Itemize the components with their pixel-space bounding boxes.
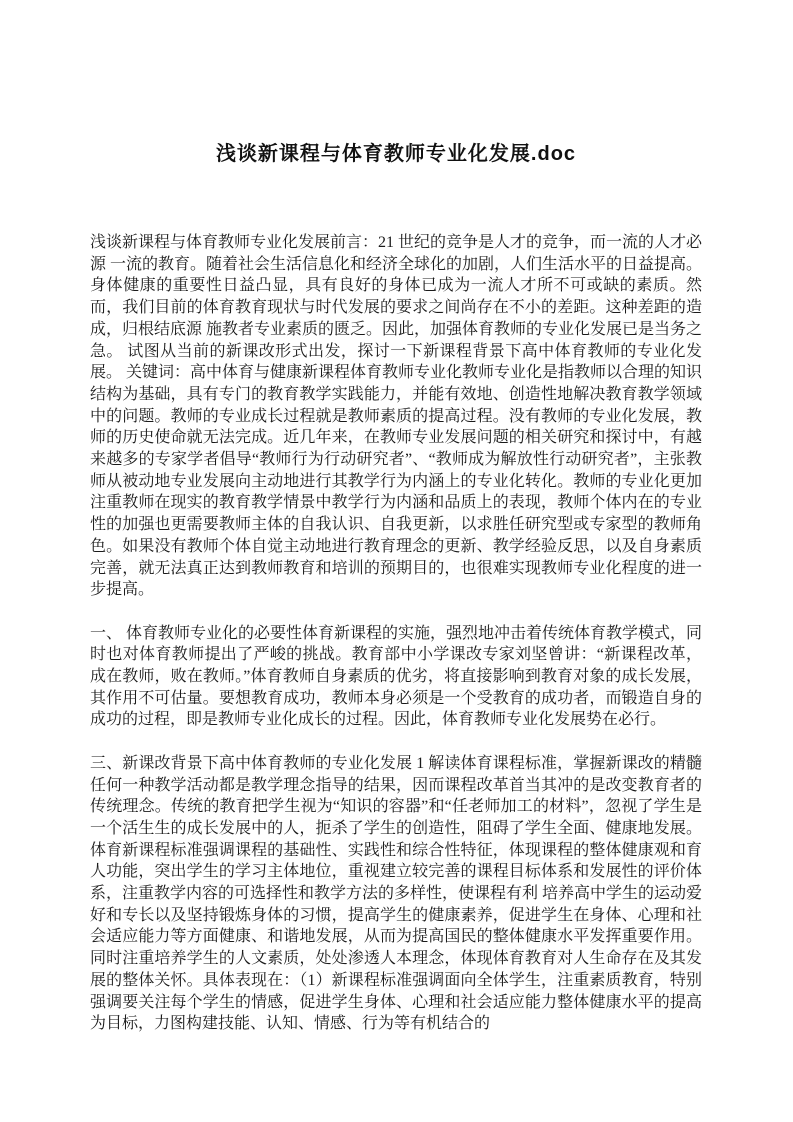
document-title: 浅谈新课程与体育教师专业化发展.doc xyxy=(90,141,702,167)
document-body: 浅谈新课程与体育教师专业化发展前言：21 世纪的竞争是人才的竞争，而一流的人才必… xyxy=(90,232,702,1035)
paragraph-section-three: 三、新课改背景下高中体育教师的专业化发展 1 解读体育课程标准，掌握新课改的精髓… xyxy=(90,753,702,1035)
paragraph-section-one: 一、 体育教师专业化的必要性体育新课程的实施，强烈地冲击着传统体育教学模式，同时… xyxy=(90,623,702,732)
document-page: 浅谈新课程与体育教师专业化发展.doc 浅谈新课程与体育教师专业化发展前言：21… xyxy=(0,0,793,1122)
paragraph-intro: 浅谈新课程与体育教师专业化发展前言：21 世纪的竞争是人才的竞争，而一流的人才必… xyxy=(90,232,702,601)
